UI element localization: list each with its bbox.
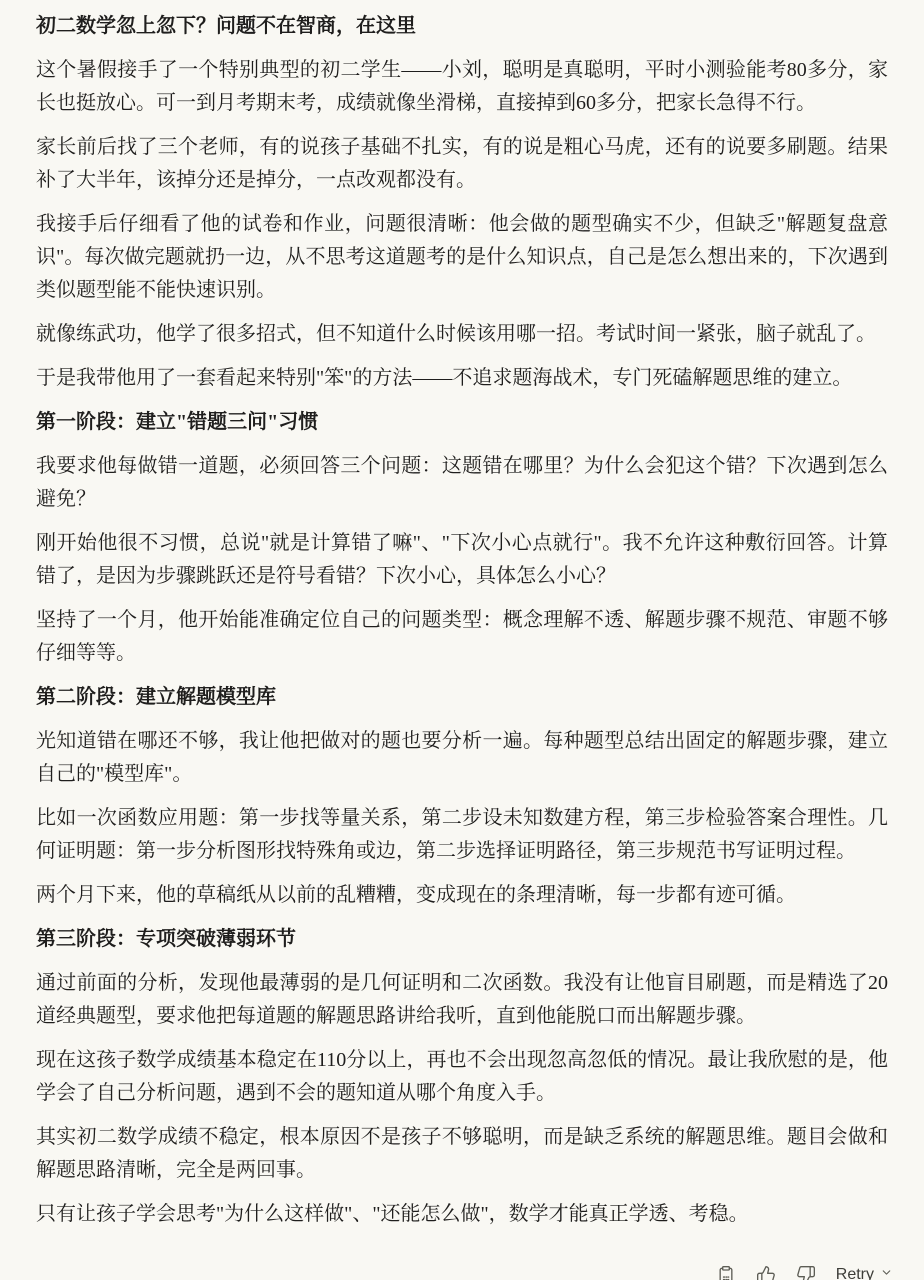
- section-heading: 第二阶段：建立解题模型库: [36, 681, 888, 714]
- assistant-message: 初二数学忽上忽下？问题不在智商，在这里这个暑假接手了一个特别典型的初二学生——小…: [0, 0, 924, 1231]
- clipboard-icon: [716, 1264, 736, 1280]
- paragraph: 两个月下来，他的草稿纸从以前的乱糟糟，变成现在的条理清晰，每一步都有迹可循。: [36, 879, 888, 912]
- paragraph: 这个暑假接手了一个特别典型的初二学生——小刘，聪明是真聪明，平时小测验能考80多…: [36, 54, 888, 120]
- paragraph: 家长前后找了三个老师，有的说孩子基础不扎实，有的说是粗心马虎，还有的说要多刷题。…: [36, 131, 888, 197]
- paragraph: 刚开始他很不习惯，总说"就是计算错了嘛"、"下次小心点就行"。我不允许这种敷衍回…: [36, 527, 888, 593]
- section-heading: 第三阶段：专项突破薄弱环节: [36, 923, 888, 956]
- paragraph: 比如一次函数应用题：第一步找等量关系，第二步设未知数建方程，第三步检验答案合理性…: [36, 802, 888, 868]
- paragraph: 光知道错在哪还不够，我让他把做对的题也要分析一遍。每种题型总结出固定的解题步骤，…: [36, 725, 888, 791]
- paragraph: 现在这孩子数学成绩基本稳定在110分以上，再也不会出现忽高忽低的情况。最让我欣慰…: [36, 1044, 888, 1110]
- paragraph: 于是我带他用了一套看起来特别"笨"的方法——不追求题海战术，专门死磕解题思维的建…: [36, 362, 888, 395]
- retry-label: Retry: [836, 1266, 874, 1280]
- paragraph: 坚持了一个月，他开始能准确定位自己的问题类型：概念理解不透、解题步骤不规范、审题…: [36, 604, 888, 670]
- retry-button[interactable]: Retry: [836, 1266, 893, 1280]
- thumbs-down-icon: [796, 1264, 816, 1280]
- message-action-bar: Retry: [716, 1264, 893, 1280]
- paragraph: 我接手后仔细看了他的试卷和作业，问题很清晰：他会做的题型确实不少，但缺乏"解题复…: [36, 208, 888, 307]
- thumbs-up-button[interactable]: [756, 1264, 776, 1280]
- paragraph: 只有让孩子学会思考"为什么这样做"、"还能怎么做"，数学才能真正学透、考稳。: [36, 1198, 888, 1231]
- section-heading: 第一阶段：建立"错题三问"习惯: [36, 406, 888, 439]
- chevron-down-icon: [880, 1266, 893, 1280]
- thumbs-down-button[interactable]: [796, 1264, 816, 1280]
- copy-button[interactable]: [716, 1264, 736, 1280]
- paragraph: 其实初二数学成绩不稳定，根本原因不是孩子不够聪明，而是缺乏系统的解题思维。题目会…: [36, 1121, 888, 1187]
- thumbs-up-icon: [756, 1264, 776, 1280]
- article-title: 初二数学忽上忽下？问题不在智商，在这里: [36, 10, 888, 43]
- paragraph: 就像练武功，他学了很多招式，但不知道什么时候该用哪一招。考试时间一紧张，脑子就乱…: [36, 318, 888, 351]
- paragraph: 我要求他每做错一道题，必须回答三个问题：这题错在哪里？为什么会犯这个错？下次遇到…: [36, 450, 888, 516]
- paragraph: 通过前面的分析，发现他最薄弱的是几何证明和二次函数。我没有让他盲目刷题，而是精选…: [36, 967, 888, 1033]
